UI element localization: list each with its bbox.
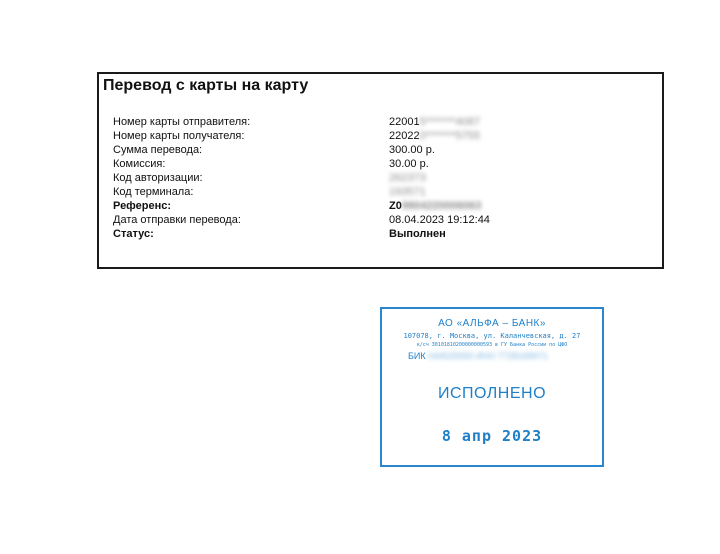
stamp-bik: БИК 044525593 ИНН 7728168971 [408,351,548,361]
row-label: Референс: [113,199,171,213]
row-value: 08.04.2023 19:12:44 [389,213,490,227]
transfer-receipt: Перевод с карты на карту Номер карты отп… [97,72,664,269]
row-value-visible: Z0 [389,200,402,212]
row-label: Комиссия: [113,157,165,171]
row-value-redacted: 262373 [389,172,426,184]
row-value-visible: 22001 [389,116,420,128]
stamp-account: к/сч 30101810200000000593 в ГУ Банка Рос… [382,342,602,348]
row-value: 193571 [389,185,426,199]
receipt-title: Перевод с карты на карту [103,77,308,95]
row-label: Дата отправки перевода: [113,213,241,227]
row-value-visible: 30.00 р. [389,158,429,170]
row-value-visible: 300.00 р. [389,144,435,156]
row-value-visible: 08.04.2023 19:12:44 [389,214,490,226]
stamp-bik-label: БИК [408,351,426,361]
row-value-visible: Выполнен [389,228,446,240]
row-label: Статус: [113,227,154,241]
row-value: 300.00 р. [389,143,435,157]
row-value-redacted: 5*******4087 [420,116,481,128]
stamp-status: ИСПОЛНЕНО [382,385,602,403]
row-value: Выполнен [389,227,446,241]
row-value-redacted: 0*******5755 [420,130,481,142]
row-value: 220015*******4087 [389,115,480,129]
row-value: 262373 [389,171,426,185]
row-value-redacted: 193571 [389,186,426,198]
row-label: Сумма перевода: [113,143,202,157]
row-label: Номер карты отправителя: [113,115,250,129]
row-value: Z09804220006063 [389,199,481,213]
stamp-address: 107078, г. Москва, ул. Каланчевская, д. … [382,332,602,340]
row-value: 30.00 р. [389,157,429,171]
stamp-date: 8 апр 2023 [382,427,602,445]
row-value-visible: 22022 [389,130,420,142]
stamp-bank-name: АО «АЛЬФА – БАНК» [382,318,602,329]
row-label: Код авторизации: [113,171,203,185]
bank-stamp: АО «АЛЬФА – БАНК» 107078, г. Москва, ул.… [380,307,604,467]
stamp-bik-value-redacted: 044525593 ИНН 7728168971 [428,351,548,361]
row-value: 220220*******5755 [389,129,480,143]
row-label: Номер карты получателя: [113,129,244,143]
row-value-redacted: 9804220006063 [402,200,482,212]
row-label: Код терминала: [113,185,193,199]
